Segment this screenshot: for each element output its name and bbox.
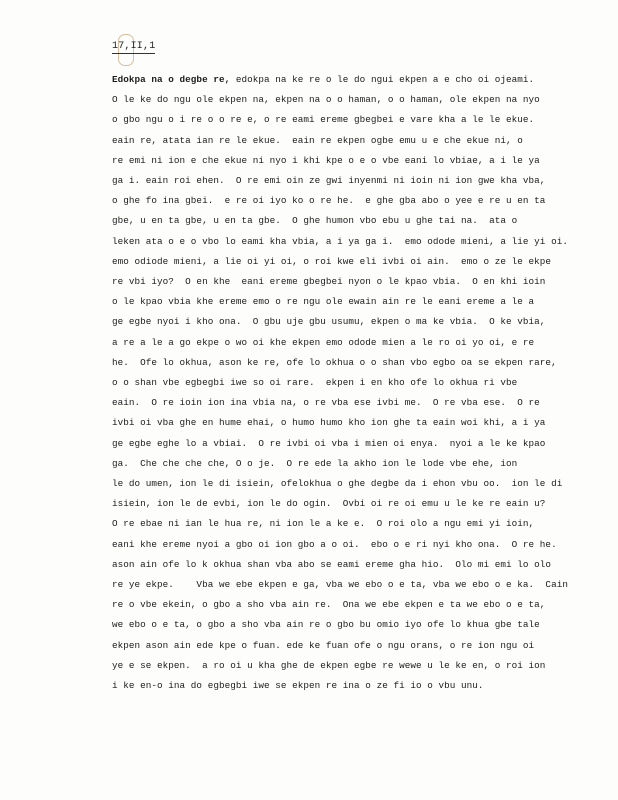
text-line: O le ke do ngu ole ekpen na, ekpen na o … [112,90,512,110]
text-line: le do umen, ion le di isiein, ofelokhua … [112,474,512,494]
text-line-first: Edokpa na o degbe re, edokpa na ke re o … [112,70,512,90]
text-line: ge egbe eghe lo a vbiai. O re ivbi oi vb… [112,434,512,454]
text-line: eani khe ereme nyoi a gbo oi ion gbo a o… [112,535,512,555]
document-body: Edokpa na o degbe re, edokpa na ke re o … [112,70,512,696]
text-line: ga. Che che che che, O o je. O re ede la… [112,454,512,474]
text-line: o gbo ngu o i re o o re e, o re eami ere… [112,110,512,130]
text-line: o ghe fo ina gbei. e re oi iyo ko o re h… [112,191,512,211]
document-reference-number: 17,II,1 [112,41,155,54]
typewritten-page: 17,II,1 Edokpa na o degbe re, edokpa na … [0,0,618,800]
text-line: O re ebae ni ian le hua re, ni ion le a … [112,514,512,534]
text-line: emo odiode mieni, a lie oi yi oi, o roi … [112,252,512,272]
text-line: ekpen ason ain ede kpe o fuan. ede ke fu… [112,636,512,656]
text-line: re ye ekpe. Vba we ebe ekpen e ga, vba w… [112,575,512,595]
text-line: i ke en-o ina do egbegbi iwe se ekpen re… [112,676,512,696]
text-line: o le kpao vbia khe ereme emo o re ngu ol… [112,292,512,312]
text-line: he. Ofe lo okhua, ason ke re, ofe lo okh… [112,353,512,373]
text-line: ivbi oi vba ghe en hume ehai, o humo hum… [112,413,512,433]
text-line: ye e se ekpen. a ro oi u kha ghe de ekpe… [112,656,512,676]
text-line: we ebo o e ta, o gbo a sho vba ain re o … [112,615,512,635]
text-line: eain. O re ioin ion ina vbia na, o re vb… [112,393,512,413]
text-line: leken ata o e o vbo lo eami kha vbia, a … [112,232,512,252]
text-line: ga i. eain roi ehen. O re emi oin ze gwi… [112,171,512,191]
text-line: o o shan vbe egbegbi iwe so oi rare. ekp… [112,373,512,393]
text-line: eain re, atata ian re le ekue. eain re e… [112,131,512,151]
text-line: ge egbe nyoi i kho ona. O gbu uje gbu us… [112,312,512,332]
text-line: re o vbe ekein, o gbo a sho vba ain re. … [112,595,512,615]
text-line: ason ain ofe lo k okhua shan vba abo se … [112,555,512,575]
text-line: a re a le a go ekpe o wo oi khe ekpen em… [112,333,512,353]
text-line: re vbi iyo? O en khe eani ereme gbegbei … [112,272,512,292]
text-line: re emi ni ion e che ekue ni nyo i khi kp… [112,151,512,171]
text-line: gbe, u en ta gbe, u en ta gbe. O ghe hum… [112,211,512,231]
opening-line-rest: edokpa na ke re o le do ngui ekpen a e c… [230,74,534,85]
opening-phrase: Edokpa na o degbe re, [112,74,230,85]
text-line: isiein, ion le de evbi, ion le do ogin. … [112,494,512,514]
